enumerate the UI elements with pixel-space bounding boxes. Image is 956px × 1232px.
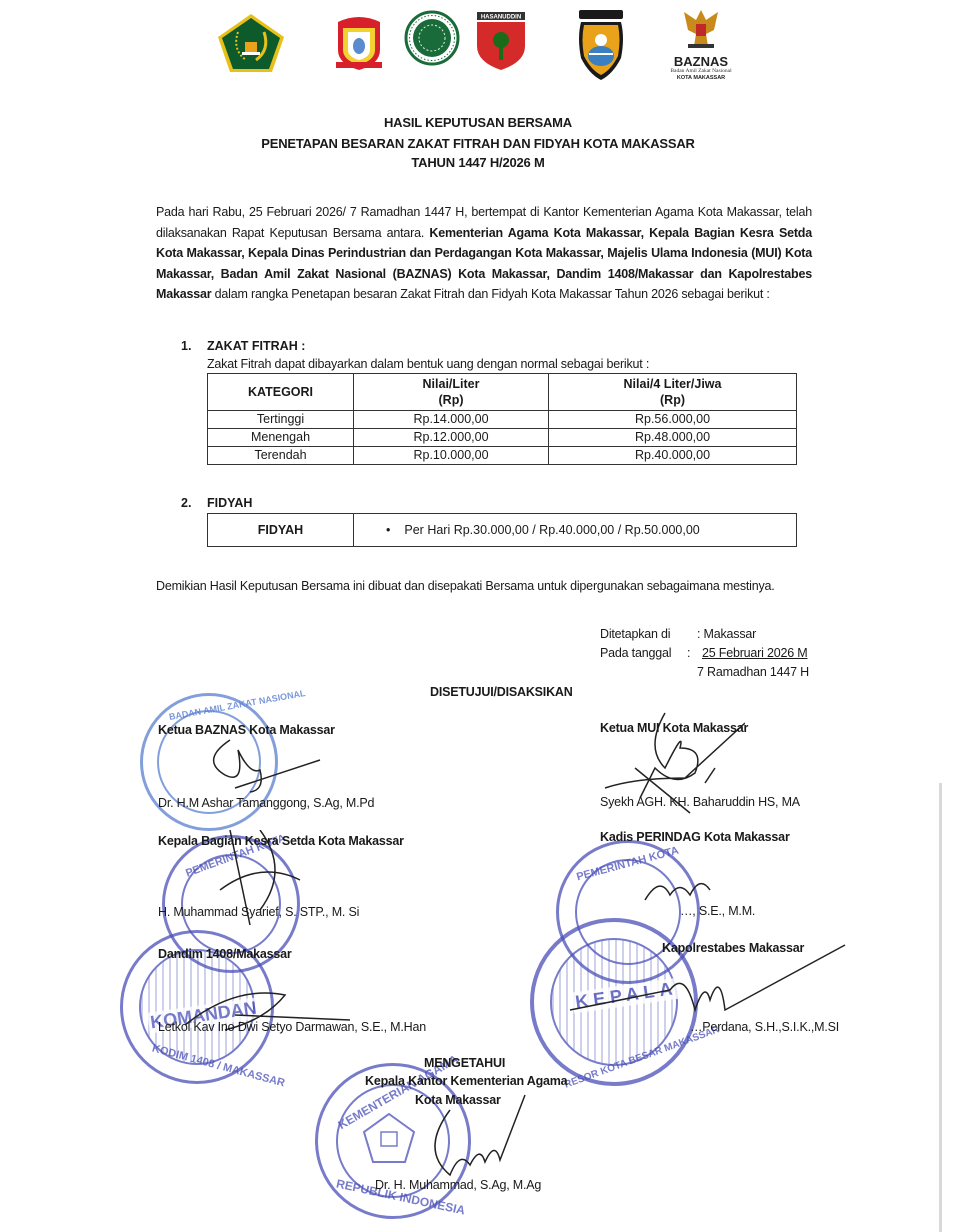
document-title-line1: HASIL KEPUTUSAN BERSAMA xyxy=(0,113,956,133)
fidyah-value: Per Hari Rp.30.000,00 / Rp.40.000,00 / R… xyxy=(404,523,699,537)
place-label: Ditetapkan di xyxy=(600,627,670,641)
date-hijri: 7 Ramadhan 1447 H xyxy=(697,665,809,679)
intro-plain-2: dalam rangka Penetapan besaran Zakat Fit… xyxy=(211,287,769,301)
zakat-heading: ZAKAT FITRAH : xyxy=(207,339,305,353)
table-row: Terendah Rp.10.000,00 Rp.40.000,00 xyxy=(208,447,797,465)
baznas-wordmark: BAZNAS xyxy=(656,55,746,68)
signatory-role-kesra: Kepala Bagian Kesra Setda Kota Makassar xyxy=(158,834,404,848)
cell-kategori: Menengah xyxy=(208,429,354,447)
cell-per-liter: Rp.10.000,00 xyxy=(354,447,549,465)
fidyah-table: FIDYAH •Per Hari Rp.30.000,00 / Rp.40.00… xyxy=(207,513,797,547)
signatory-role-perindag: Kadis PERINDAG Kota Makassar xyxy=(600,830,790,844)
date-masehi: 25 Februari 2026 M xyxy=(702,646,808,660)
acknowledged-heading: MENGETAHUI xyxy=(424,1056,505,1070)
acknowledged-role-line2: Kota Makassar xyxy=(415,1093,501,1107)
cell-per-jiwa: Rp.48.000,00 xyxy=(549,429,797,447)
signatory-role-kapolrestabes: Kapolrestabes Makassar xyxy=(662,941,804,955)
zakat-fitrah-table: KATEGORI Nilai/Liter(Rp) Nilai/4 Liter/J… xyxy=(207,373,797,465)
kemenag-emblem-icon xyxy=(362,1112,416,1164)
scan-edge-divider xyxy=(939,783,942,1232)
signatory-name-kapolrestabes: …Perdana, S.H.,S.I.K.,M.SI xyxy=(690,1020,839,1034)
closing-paragraph: Demikian Hasil Keputusan Bersama ini dib… xyxy=(156,575,812,597)
bullet-icon: • xyxy=(386,523,390,537)
table-row: Tertinggi Rp.14.000,00 Rp.56.000,00 xyxy=(208,411,797,429)
document-title-line2: PENETAPAN BESARAN ZAKAT FITRAH DAN FIDYA… xyxy=(0,134,956,154)
fidyah-value-cell: •Per Hari Rp.30.000,00 / Rp.40.000,00 / … xyxy=(354,514,797,547)
mui-logo xyxy=(404,10,460,71)
signatory-name-kesra: H. Muhammad Syarief, S. STP., M. Si xyxy=(158,905,359,919)
table-header-row: KATEGORI Nilai/Liter(Rp) Nilai/4 Liter/J… xyxy=(208,374,797,411)
kodam-hasanuddin-logo: HASANUDDIN xyxy=(475,10,527,77)
header-kategori: KATEGORI xyxy=(208,374,354,411)
cell-kategori: Tertinggi xyxy=(208,411,354,429)
signatory-name-baznas: Dr. H.M Ashar Tamanggong, S.Ag, M.Pd xyxy=(158,796,374,810)
signature-dandim xyxy=(175,975,355,1045)
acknowledged-role-line1: Kepala Kantor Kementerian Agama xyxy=(365,1074,567,1088)
acknowledged-name: Dr. H. Muhammad, S.Ag, M.Ag xyxy=(375,1178,541,1192)
approved-heading: DISETUJUI/DISAKSIKAN xyxy=(430,685,573,699)
cell-per-jiwa: Rp.40.000,00 xyxy=(549,447,797,465)
baznas-subtitle: Badan Amil Zakat Nasional xyxy=(656,68,746,75)
table-row: FIDYAH •Per Hari Rp.30.000,00 / Rp.40.00… xyxy=(208,514,797,547)
fidyah-number: 2. xyxy=(181,496,191,510)
kementerian-agama-logo xyxy=(216,12,286,79)
signatory-role-baznas: Ketua BAZNAS Kota Makassar xyxy=(158,723,335,737)
signatory-role-mui: Ketua MUI Kota Makassar xyxy=(600,721,748,735)
cell-kategori: Terendah xyxy=(208,447,354,465)
cell-per-liter: Rp.12.000,00 xyxy=(354,429,549,447)
fidyah-label: FIDYAH xyxy=(208,514,354,547)
date-sep: : xyxy=(687,646,690,660)
cell-per-liter: Rp.14.000,00 xyxy=(354,411,549,429)
cell-per-jiwa: Rp.56.000,00 xyxy=(549,411,797,429)
baznas-city: KOTA MAKASSAR xyxy=(656,75,746,82)
signatory-name-mui: Syekh AGH. KH. Baharuddin HS, MA xyxy=(600,795,800,809)
table-row: Menengah Rp.12.000,00 Rp.48.000,00 xyxy=(208,429,797,447)
intro-paragraph: Pada hari Rabu, 25 Februari 2026/ 7 Rama… xyxy=(156,202,812,305)
svg-text:HASANUDDIN: HASANUDDIN xyxy=(481,15,521,21)
signatory-role-dandim: Dandim 1408/Makassar xyxy=(158,947,292,961)
signatory-name-dandim: Letkol Kav Ino Dwi Setyo Darmawan, S.E.,… xyxy=(158,1020,426,1034)
baznas-logo: BAZNAS Badan Amil Zakat Nasional KOTA MA… xyxy=(656,6,746,82)
zakat-number: 1. xyxy=(181,339,191,353)
date-label: Pada tanggal xyxy=(600,646,671,660)
place-value: : Makassar xyxy=(697,627,756,641)
header-nilai-jiwa: Nilai/4 Liter/Jiwa(Rp) xyxy=(549,374,797,411)
kota-makassar-logo xyxy=(332,12,386,77)
fidyah-heading: FIDYAH xyxy=(207,496,252,510)
document-title-line3: TAHUN 1447 H/2026 M xyxy=(0,153,956,173)
header-nilai-liter: Nilai/Liter(Rp) xyxy=(354,374,549,411)
zakat-description: Zakat Fitrah dapat dibayarkan dalam bent… xyxy=(207,357,649,371)
polri-logo xyxy=(575,8,627,87)
signatory-name-perindag: …, S.E., M.M. xyxy=(680,904,755,918)
